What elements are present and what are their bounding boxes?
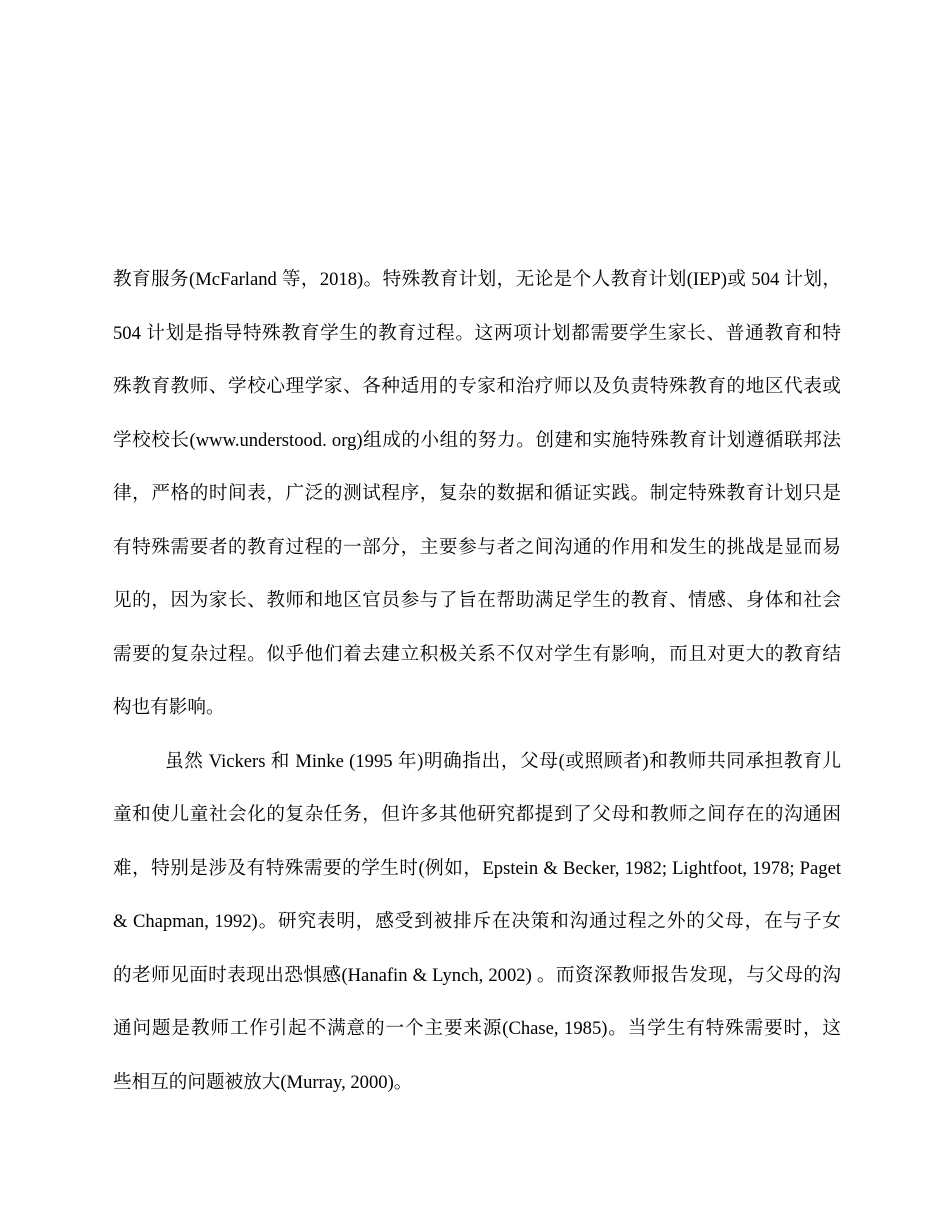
paragraph-2-line-6: 通问题是教师工作引起不满意的一个主要来源(Chase, 1985)。当学生有特殊… — [113, 1002, 841, 1056]
paragraph-1-line-9: 构也有影响。 — [113, 681, 841, 735]
paragraph-1-line-3: 殊教育教师、学校心理学家、各种适用的专家和治疗师以及负责特殊教育的地区代表或 — [113, 360, 841, 414]
paragraph-1-line-2: 504 计划是指导特殊教育学生的教育过程。这两项计划都需要学生家长、普通教育和特 — [113, 307, 841, 361]
paragraph-2-line-2: 童和使儿童社会化的复杂任务，但许多其他研究都提到了父母和教师之间存在的沟通困 — [113, 788, 841, 842]
document-text-block: 教育服务(McFarland 等，2018)。特殊教育计划，无论是个人教育计划(… — [113, 253, 841, 1109]
paragraph-1-line-6: 有特殊需要者的教育过程的一部分，主要参与者之间沟通的作用和发生的挑战是显而易 — [113, 521, 841, 575]
paragraph-2-line-1: 虽然 Vickers 和 Minke (1995 年)明确指出，父母(或照顾者)… — [113, 735, 841, 789]
paragraph-2-line-4: & Chapman, 1992)。研究表明，感受到被排斥在决策和沟通过程之外的父… — [113, 895, 841, 949]
paragraph-1-line-5: 律，严格的时间表，广泛的测试程序，复杂的数据和循证实践。制定特殊教育计划只是 — [113, 467, 841, 521]
paragraph-2-line-7: 些相互的问题被放大(Murray, 2000)。 — [113, 1056, 841, 1110]
paragraph-1-line-4: 学校校长(www.understood. org)组成的小组的努力。创建和实施特… — [113, 414, 841, 468]
paragraph-2-line-3: 难，特别是涉及有特殊需要的学生时(例如，Epstein & Becker, 19… — [113, 842, 841, 896]
document-page: 教育服务(McFarland 等，2018)。特殊教育计划，无论是个人教育计划(… — [0, 0, 952, 1232]
paragraph-1-line-7: 见的，因为家长、教师和地区官员参与了旨在帮助满足学生的教育、情感、身体和社会 — [113, 574, 841, 628]
paragraph-1-line-8: 需要的复杂过程。似乎他们着去建立积极关系不仅对学生有影响，而且对更大的教育结 — [113, 628, 841, 682]
paragraph-1-line-1: 教育服务(McFarland 等，2018)。特殊教育计划，无论是个人教育计划(… — [113, 253, 841, 307]
paragraph-2-line-5: 的老师见面时表现出恐惧感(Hanafin & Lynch, 2002) 。而资深… — [113, 949, 841, 1003]
